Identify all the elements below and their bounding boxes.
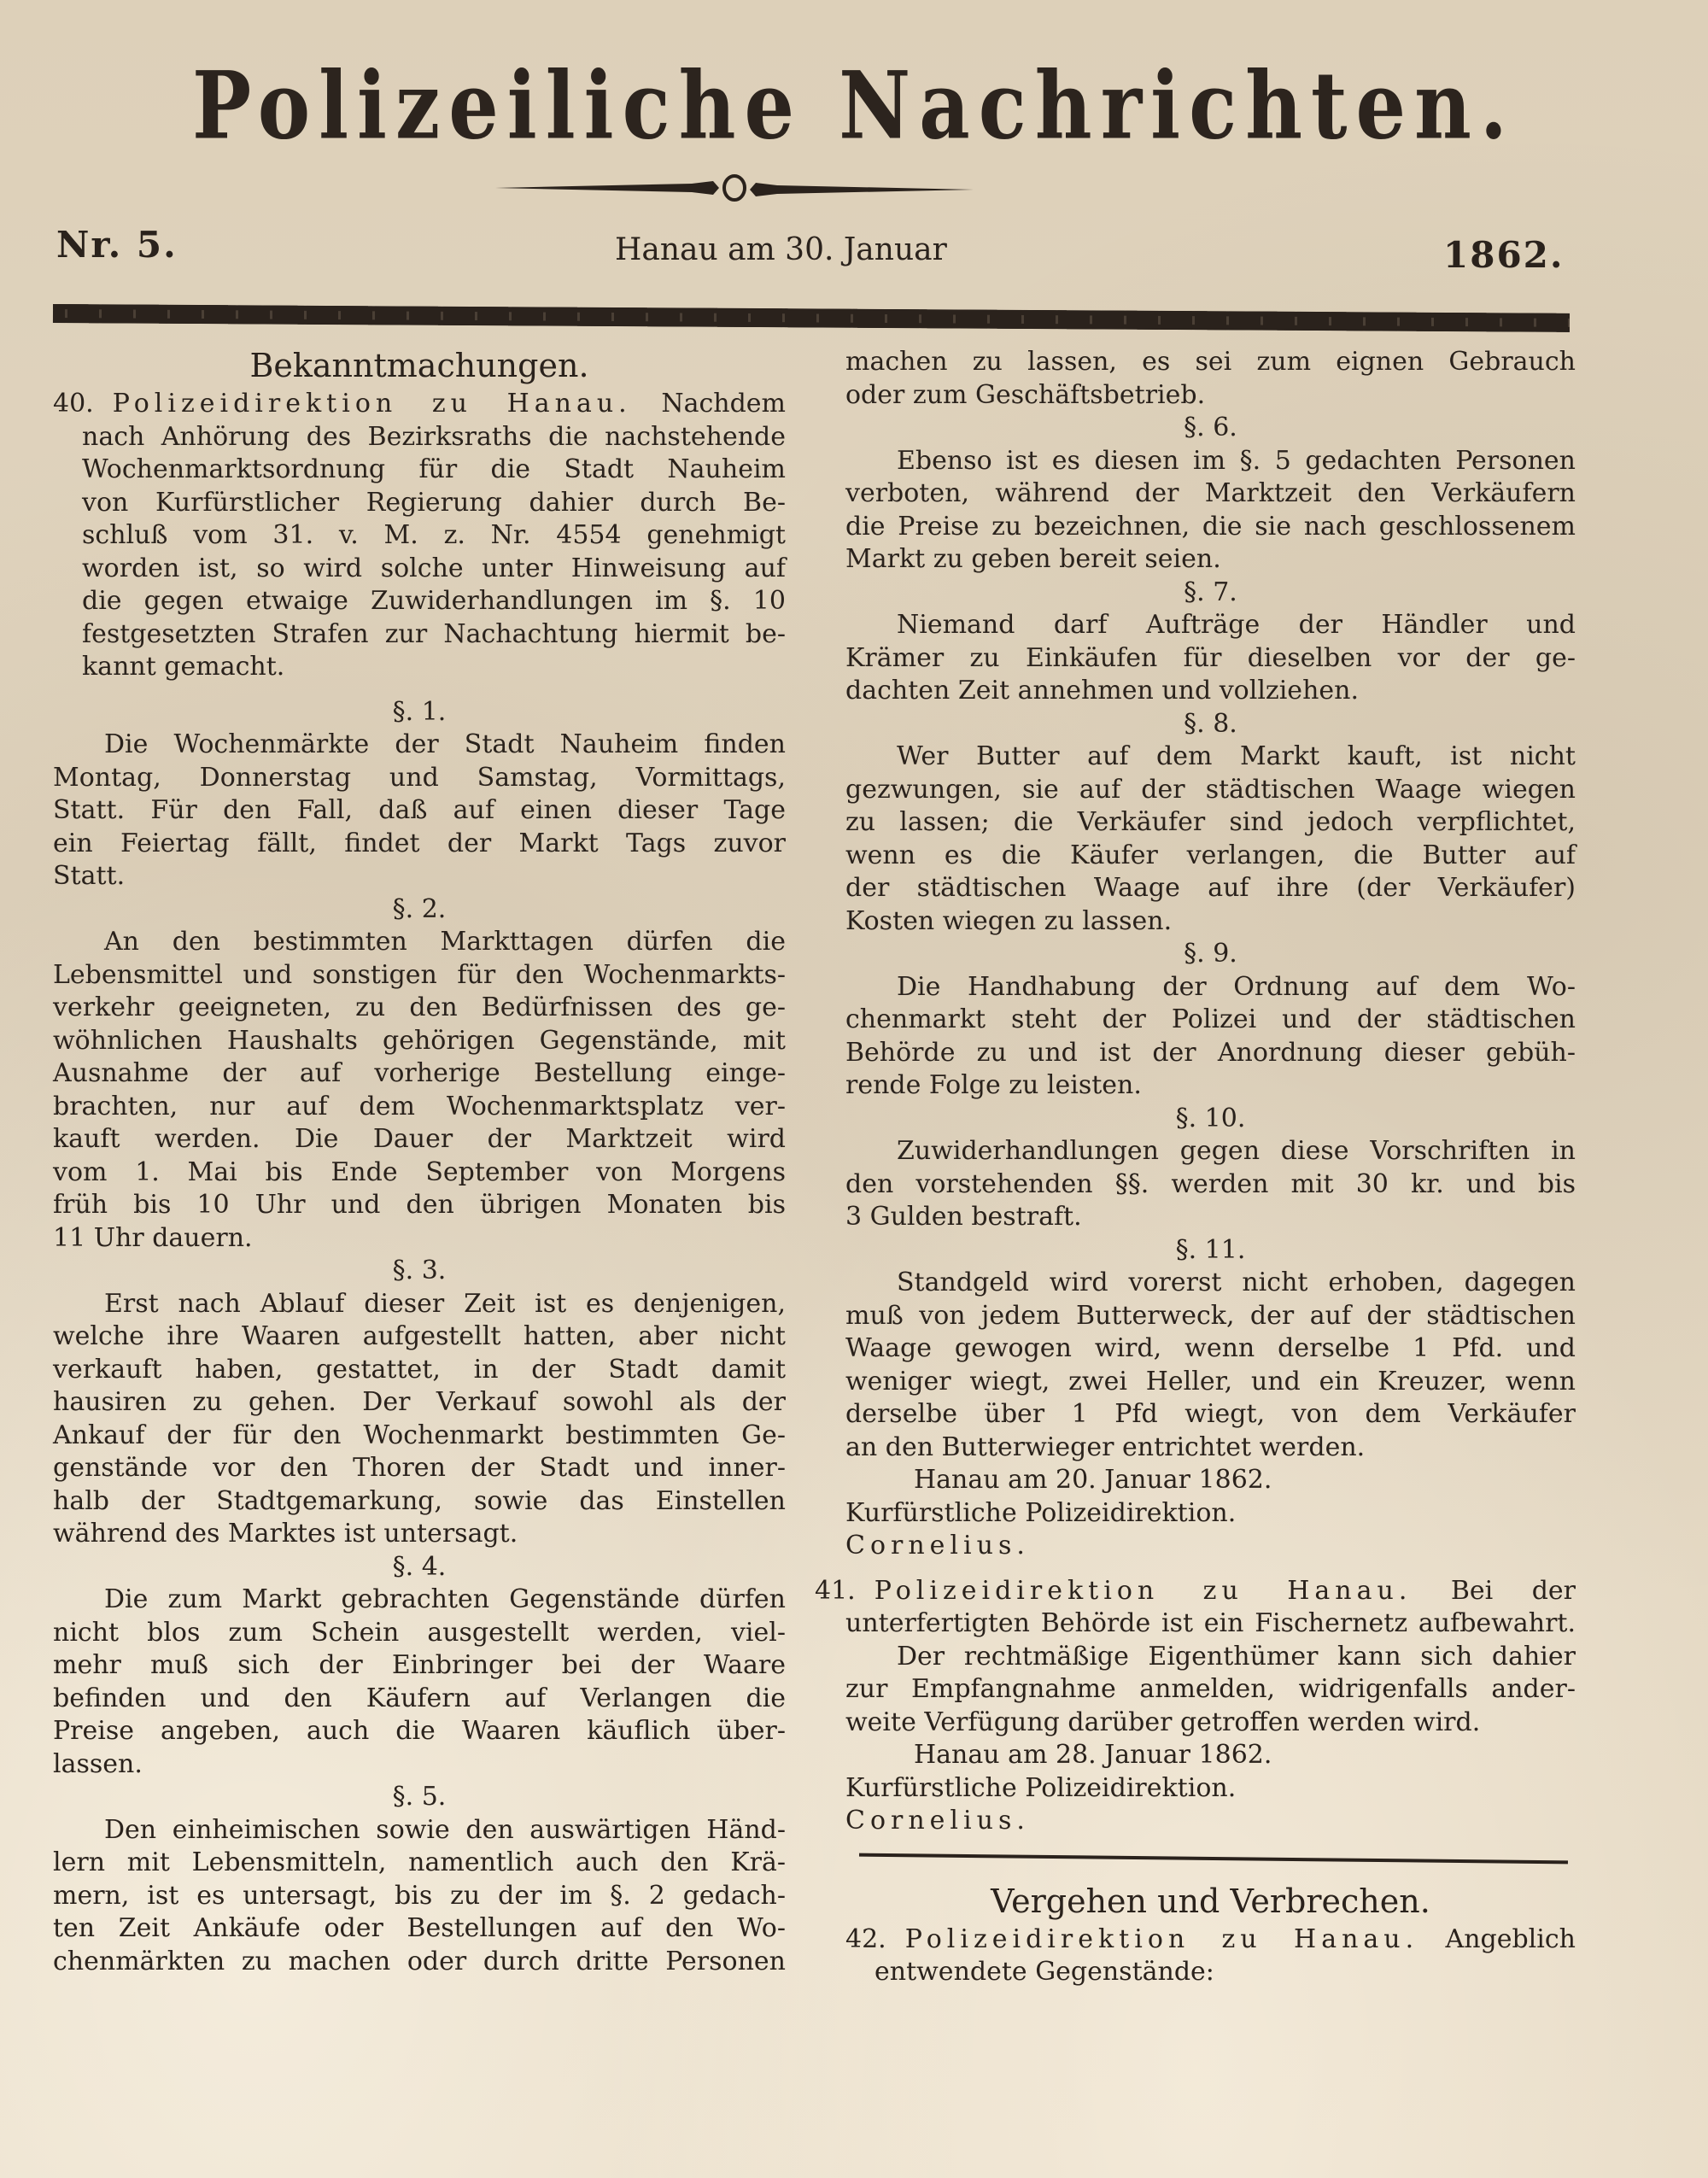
paragraph-line: 3 Gulden bestraft. <box>845 1201 1576 1234</box>
paragraph-line: weniger wiegt, zwei Heller, und ein Kreu… <box>845 1366 1576 1399</box>
paragraph-line: machen zu lassen, es sei zum eignen Gebr… <box>845 346 1576 379</box>
paragraph-line: Zuwiderhandlungen gegen diese Vorschrift… <box>845 1135 1576 1168</box>
issue-number: Nr. 5. <box>56 224 178 266</box>
paragraph-line: Markt zu geben bereit seien. <box>845 543 1576 577</box>
entry-text: Nachdem <box>661 389 786 419</box>
entry-authority: Polizeidirektion zu Hanau. <box>905 1924 1418 1954</box>
paragraph-line: Kosten wiegen zu lassen. <box>845 905 1576 939</box>
paragraph-line: chenmarkt steht der Polizei und der städ… <box>845 1004 1576 1037</box>
signature-authority: Kurfürstliche Polizeidirektion. <box>845 1772 1576 1806</box>
paragraph-line: brachten, nur auf dem Wochenmarktsplatz … <box>53 1091 786 1124</box>
paragraph-line: der städtischen Waage auf ihre (der Verk… <box>845 872 1576 905</box>
paragraph-line: 11 Uhr dauern. <box>53 1222 786 1256</box>
paragraph-line: vom 1. Mai bis Ende September von Morgen… <box>53 1156 786 1190</box>
paragraph-line: während des Marktes ist untersagt. <box>53 1518 786 1551</box>
paragraph-line: halb der Stadtgemarkung, sowie das Einst… <box>53 1485 786 1519</box>
paragraph-line: zu lassen; die Verkäufer sind jedoch ver… <box>845 806 1576 840</box>
paragraph-line: Niemand darf Aufträge der Händler und <box>845 609 1576 642</box>
paragraph-line: Statt. <box>53 860 786 893</box>
entry-number: 41. <box>815 1576 856 1606</box>
entry-41-line: zur Empfangnahme anmelden, widrigenfalls… <box>845 1673 1576 1707</box>
entry-40-line: worden ist, so wird solche unter Hinweis… <box>53 553 786 586</box>
paragraph-line: Preise angeben, auch die Waaren käuflich… <box>53 1715 786 1748</box>
paragraph-line: Die Wochenmärkte der Stadt Nauheim finde… <box>53 729 786 762</box>
paragraph-line: chenmärkten zu machen oder durch dritte … <box>53 1946 786 1979</box>
signature-name: Cornelius. <box>845 1805 1576 1838</box>
paragraph-line: verboten, während der Marktzeit den Verk… <box>845 477 1576 511</box>
paragraph-line: Waage gewogen wird, wenn derselbe 1 Pfd.… <box>845 1332 1576 1366</box>
section-heading-offences-crimes: Vergehen und Verbrechen. <box>845 1879 1576 1923</box>
entry-number: 40. <box>53 389 94 419</box>
paragraph-line: nicht blos zum Schein ausgestellt werden… <box>53 1617 786 1650</box>
paragraph-line: An den bestimmten Markttagen dürfen die <box>53 926 786 959</box>
paragraph-line: hausiren zu gehen. Der Verkauf sowohl al… <box>53 1386 786 1420</box>
paragraph-line: wenn es die Käufer verlangen, die Butter… <box>845 840 1576 873</box>
paragraph-line: rende Folge zu leisten. <box>845 1069 1576 1103</box>
paragraph-line: Standgeld wird vorerst nicht erhoben, da… <box>845 1267 1576 1300</box>
paragraph-label: §. 6. <box>845 412 1576 445</box>
paragraph-line: Wer Butter auf dem Markt kauft, ist nich… <box>845 741 1576 774</box>
paragraph-label: §. 9. <box>845 938 1576 971</box>
paragraph-line: gezwungen, sie auf der städtischen Waage… <box>845 774 1576 807</box>
column-right: machen zu lassen, es sei zum eignen Gebr… <box>845 346 1576 1989</box>
entry-41-line: unterfertigten Behörde ist ein Fischerne… <box>845 1607 1576 1641</box>
signature-authority: Kurfürstliche Polizeidirektion. <box>845 1497 1576 1531</box>
paragraph-line: die Preise zu bezeichnen, die sie nach g… <box>845 511 1576 544</box>
paragraph-line: mern, ist es untersagt, bis zu der im §.… <box>53 1880 786 1913</box>
entry-40-heading: 40.Polizeidirektion zu Hanau. Nachdem <box>53 388 786 421</box>
entry-number: 42. <box>845 1924 886 1954</box>
signature-date: Hanau am 20. Januar 1862. <box>845 1464 1576 1497</box>
issue-place-date: Hanau am 30. Januar <box>615 232 947 267</box>
entry-41-heading: 41.Polizeidirektion zu Hanau. Bei der <box>815 1575 1576 1608</box>
paragraph-line: Statt. Für den Fall, daß auf einen diese… <box>53 794 786 828</box>
paragraph-line: ten Zeit Ankäufe oder Bestellungen auf d… <box>53 1912 786 1946</box>
paragraph-line: genstände vor den Thoren der Stadt und i… <box>53 1452 786 1485</box>
paragraph-line: Ankauf der für den Wochenmarkt bestimmte… <box>53 1420 786 1453</box>
paragraph-line: Ausnahme der auf vorherige Bestellung ei… <box>53 1057 786 1091</box>
section-heading-announcements: Bekanntmachungen. <box>53 343 786 388</box>
entry-40-line: die gegen etwaige Zuwiderhandlungen im §… <box>53 585 786 618</box>
entry-40-line: von Kurfürstlicher Regierung dahier durc… <box>53 487 786 520</box>
entry-42-line: entwendete Gegenstände: <box>845 1956 1576 1989</box>
signature-name: Cornelius. <box>845 1530 1576 1563</box>
entry-42-heading: 42.Polizeidirektion zu Hanau. Angeblich <box>845 1923 1576 1957</box>
paragraph-line: Montag, Donnerstag und Samstag, Vormitta… <box>53 762 786 795</box>
paragraph-line: verkauft haben, gestattet, in der Stadt … <box>53 1354 786 1387</box>
paragraph-line: oder zum Geschäftsbetrieb. <box>845 379 1576 413</box>
paragraph-line: Krämer zu Einkäufen für dieselben vor de… <box>845 642 1576 676</box>
paragraph-label: §. 5. <box>53 1781 786 1814</box>
paragraph-line: Erst nach Ablauf dieser Zeit ist es denj… <box>53 1288 786 1321</box>
entry-40-line: Wochenmarktsordnung für die Stadt Nauhei… <box>53 454 786 487</box>
paragraph-line: welche ihre Waaren aufgestellt hatten, a… <box>53 1320 786 1354</box>
column-left: Bekanntmachungen. 40.Polizeidirektion zu… <box>53 342 786 1978</box>
paragraph-label: §. 7. <box>845 577 1576 610</box>
paragraph-line: Die zum Markt gebrachten Gegenstände dür… <box>53 1584 786 1617</box>
paragraph-label: §. 3. <box>53 1255 786 1288</box>
entry-text: Bei der <box>1451 1576 1576 1606</box>
paragraph-label: §. 2. <box>53 893 786 927</box>
paragraph-line: an den Butterwieger entrichtet werden. <box>845 1432 1576 1465</box>
paragraph-line: dachten Zeit annehmen und vollziehen. <box>845 675 1576 708</box>
entry-40-line: nach Anhörung des Bezirksraths die nachs… <box>53 421 786 454</box>
paragraph-line: früh bis 10 Uhr und den übrigen Monaten … <box>53 1189 786 1222</box>
entry-text: Angeblich <box>1446 1924 1576 1954</box>
paragraph-line: befinden und den Käufern auf Verlangen d… <box>53 1683 786 1716</box>
paragraph-line: Ebenso ist es diesen im §. 5 gedachten P… <box>845 445 1576 478</box>
paragraph-label: §. 8. <box>845 708 1576 741</box>
paragraph-label: §. 4. <box>53 1551 786 1584</box>
newspaper-title: Polizeiliche Nachrichten. <box>0 51 1708 160</box>
entry-40-line: schluß vom 31. v. M. z. Nr. 4554 genehmi… <box>53 519 786 553</box>
paragraph-line: wöhnlichen Haushalts gehörigen Gegenstän… <box>53 1025 786 1058</box>
entry-41-line: weite Verfügung darüber getroffen werden… <box>845 1707 1576 1740</box>
entry-authority: Polizeidirektion zu Hanau. <box>874 1576 1413 1606</box>
paragraph-line: den vorstehenden §§. werden mit 30 kr. u… <box>845 1168 1576 1202</box>
paragraph-label: §. 11. <box>845 1234 1576 1268</box>
entry-authority: Polizeidirektion zu Hanau. <box>113 389 632 419</box>
paragraph-line: Lebensmittel und sonstigen für den Woche… <box>53 959 786 992</box>
paragraph-line: Die Handhabung der Ordnung auf dem Wo- <box>845 971 1576 1004</box>
paragraph-line: lassen. <box>53 1748 786 1782</box>
entry-40-line: festgesetzten Strafen zur Nachachtung hi… <box>53 618 786 652</box>
paragraph-line: verkehr geeigneten, zu den Bedürfnissen … <box>53 992 786 1025</box>
paragraph-label: §. 10. <box>845 1103 1576 1136</box>
section-divider <box>859 1853 1568 1864</box>
paragraph-line: Den einheimischen sowie den auswärtigen … <box>53 1814 786 1847</box>
paragraph-line: mehr muß sich der Einbringer bei der Waa… <box>53 1649 786 1683</box>
ornament-divider-icon <box>495 171 974 205</box>
entry-40-line: kannt gemacht. <box>53 651 786 684</box>
paragraph-label: §. 1. <box>53 696 786 729</box>
paragraph-line: muß von jedem Butterweck, der auf der st… <box>845 1300 1576 1333</box>
issue-year: 1862. <box>1443 234 1565 276</box>
signature-date: Hanau am 28. Januar 1862. <box>845 1739 1576 1772</box>
paragraph-line: Behörde zu und ist der Anordnung dieser … <box>845 1037 1576 1070</box>
entry-41-line: Der rechtmäßige Eigenthümer kann sich da… <box>845 1641 1576 1674</box>
masthead-rule <box>53 304 1570 332</box>
paragraph-line: lern mit Lebensmitteln, namentlich auch … <box>53 1847 786 1880</box>
paragraph-line: derselbe über 1 Pfd wiegt, von dem Verkä… <box>845 1398 1576 1432</box>
paragraph-line: ein Feiertag fällt, findet der Markt Tag… <box>53 828 786 861</box>
paragraph-line: kauft werden. Die Dauer der Marktzeit wi… <box>53 1123 786 1156</box>
